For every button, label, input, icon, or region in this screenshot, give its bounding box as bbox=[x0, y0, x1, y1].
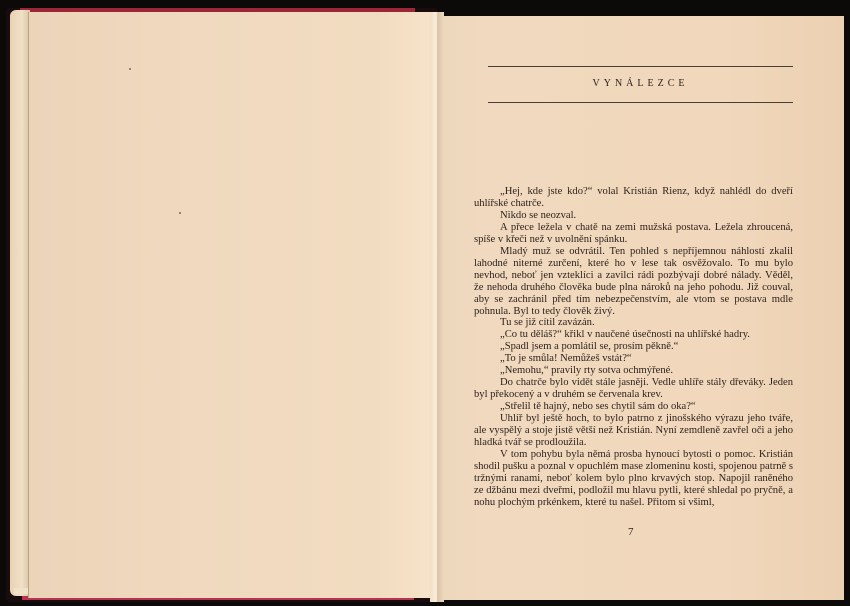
paragraph: „To je smůla! Nemůžeš vstát?“ bbox=[474, 353, 793, 365]
chapter-body-text: „Hej, kde jste kdo?“ volal Kristián Rien… bbox=[474, 186, 793, 509]
running-head: VYNÁLEZCE bbox=[488, 78, 793, 89]
paragraph: Nikdo se neozval. bbox=[474, 210, 793, 222]
paragraph: „Co tu děláš?“ křikl v naučené úsečnosti… bbox=[474, 329, 793, 341]
paragraph: „Spadl jsem a pomlátil se, prosím pěkně.… bbox=[474, 341, 793, 353]
paragraph: Tu se již cítil zavázán. bbox=[474, 317, 793, 329]
book-gutter bbox=[430, 12, 444, 602]
paragraph: Uhlíř byl ještě hoch, to bylo patrno z j… bbox=[474, 413, 793, 449]
paragraph: A přece ležela v chatě na zemi mužská po… bbox=[474, 222, 793, 246]
paragraph: Mladý muž se odvrátil. Ten pohled s nepř… bbox=[474, 246, 793, 318]
header-rule-bottom bbox=[488, 102, 793, 103]
header-rule-top bbox=[488, 66, 793, 67]
left-page-blank bbox=[28, 12, 439, 598]
paragraph: „Hej, kde jste kdo?“ volal Kristián Rien… bbox=[474, 186, 793, 210]
paragraph: „Nemohu,“ pravily rty sotva ochmýřené. bbox=[474, 365, 793, 377]
paragraph: V tom pohybu byla němá prosba hynoucí by… bbox=[474, 449, 793, 509]
paragraph: Do chatrče bylo vidět stále jasněji. Ved… bbox=[474, 377, 793, 401]
flyleaf-edge bbox=[10, 10, 30, 596]
paper-speck bbox=[129, 68, 131, 70]
paper-speck bbox=[179, 212, 181, 214]
paragraph: „Střelil tě hajný, nebo ses chytil sám d… bbox=[474, 401, 793, 413]
page-number: 7 bbox=[628, 526, 634, 538]
